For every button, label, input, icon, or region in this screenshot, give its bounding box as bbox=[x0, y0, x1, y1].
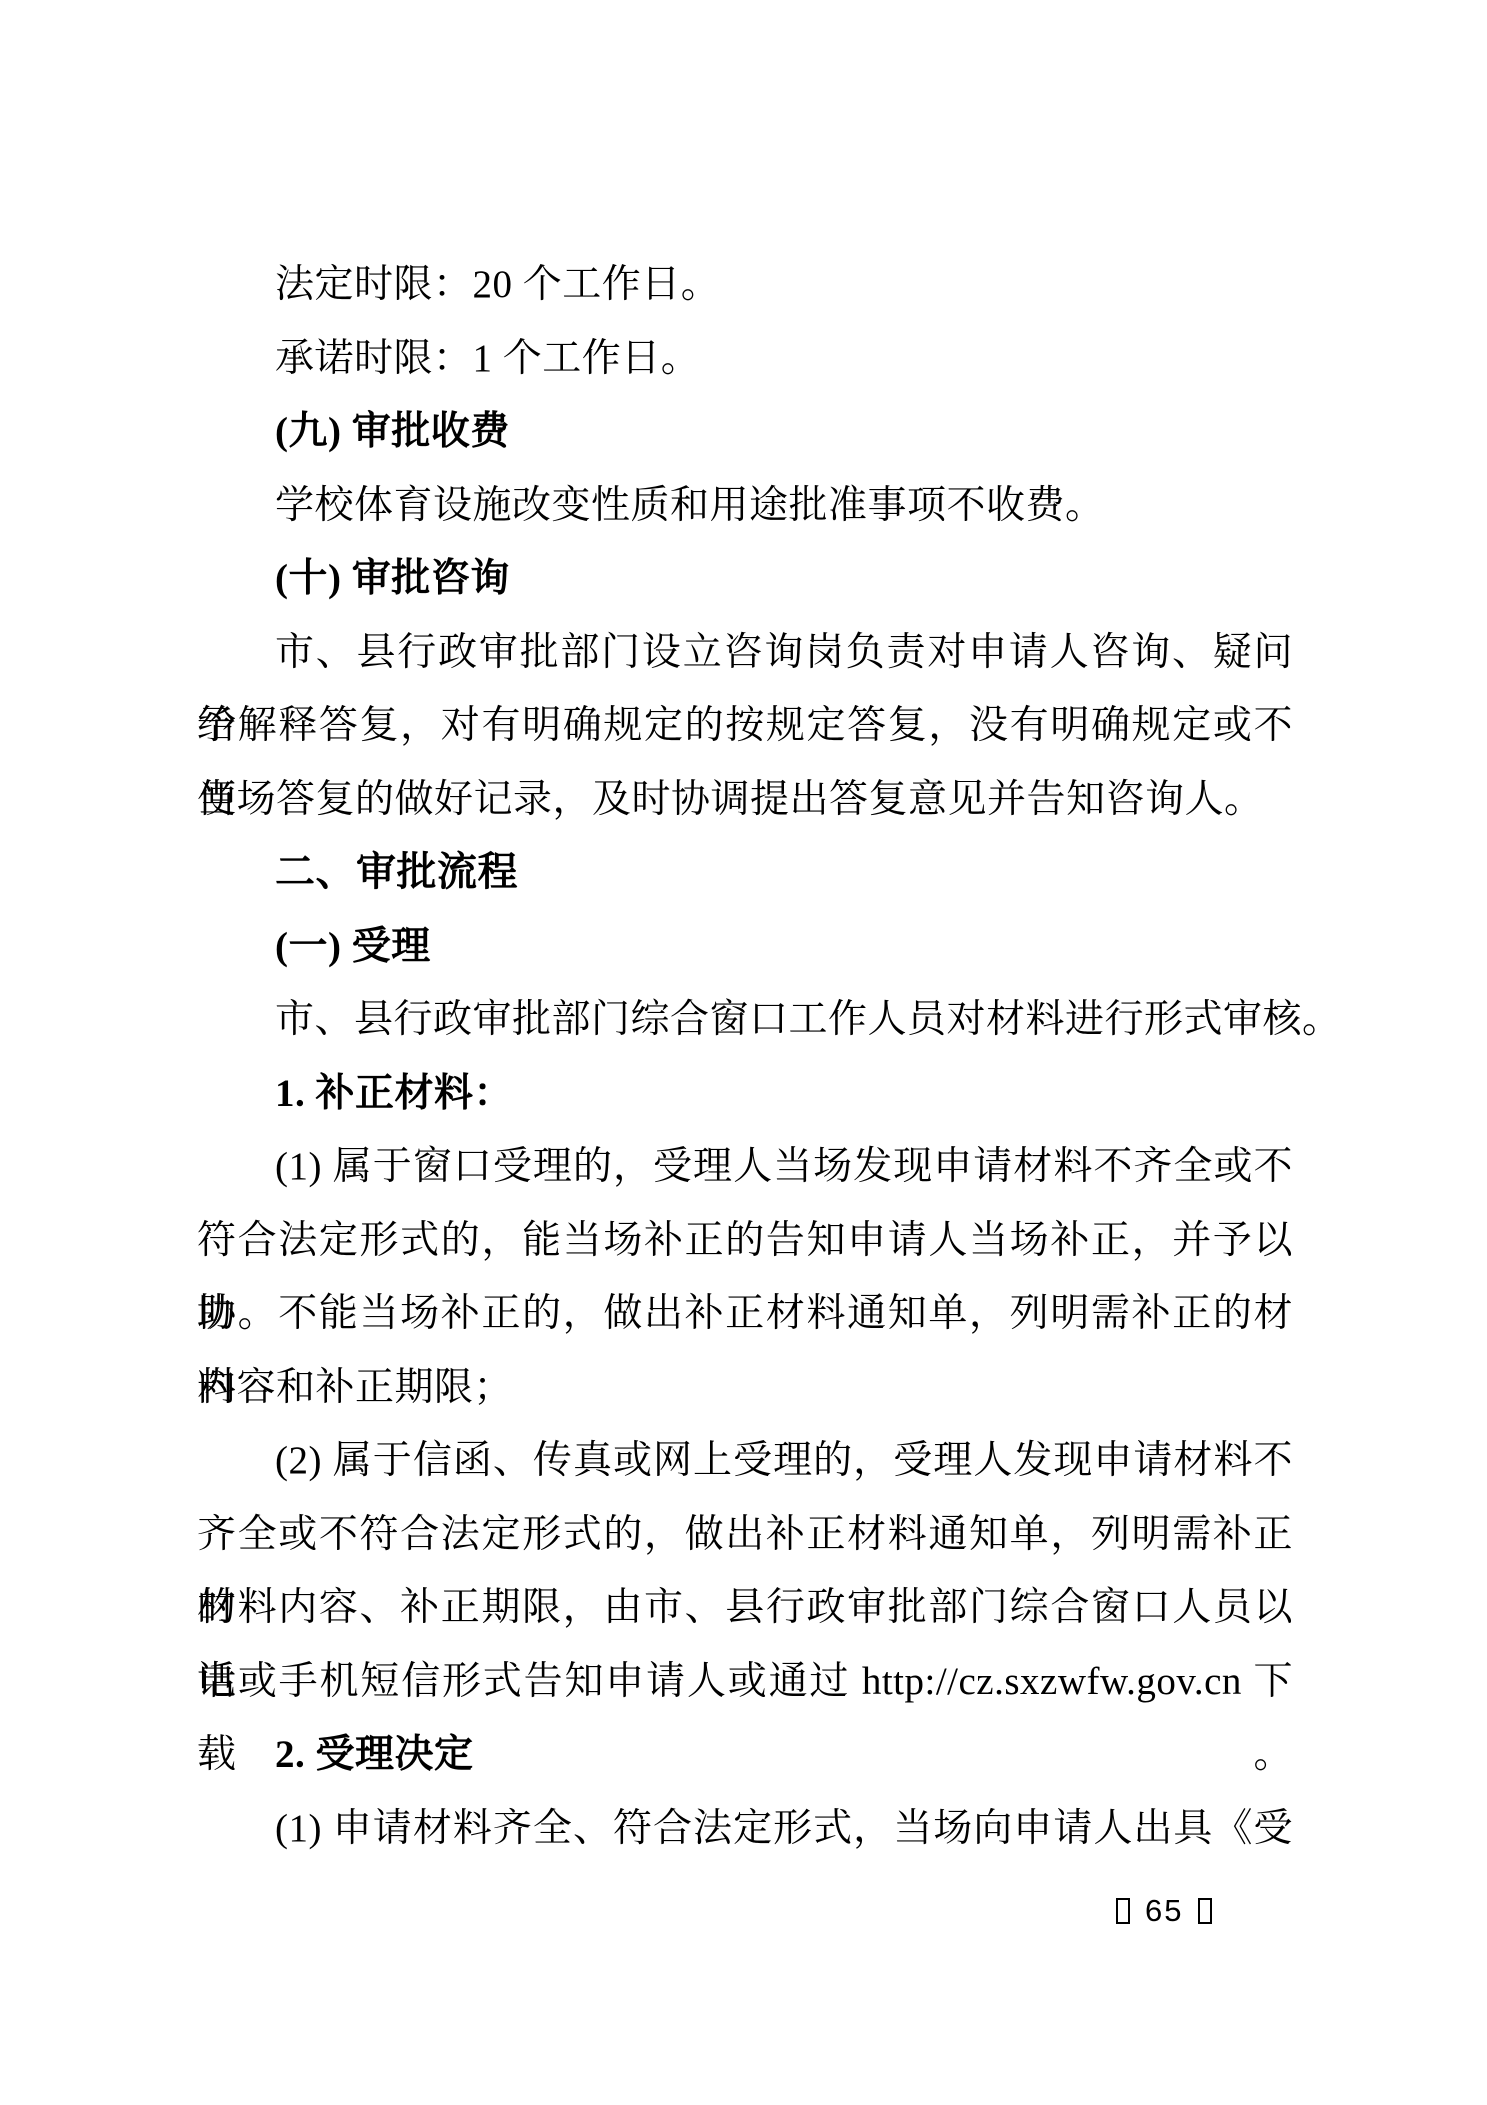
line-window-formal-review: 市、县行政审批部门综合窗口工作人员对材料进行形式审核。 bbox=[197, 983, 1293, 1057]
missing-glyph-box-right bbox=[1198, 1898, 1212, 1924]
document-page: 法定时限：20 个工作日。 承诺时限：1 个工作日。 (九) 审批收费 学校体育… bbox=[0, 0, 1487, 2105]
paragraph-supplement-2-line-2: 齐全或不符合法定形式的，做出补正材料通知单，列明需补正的 bbox=[197, 1498, 1293, 1572]
heading-section-2-approval-process: 二、审批流程 bbox=[197, 836, 1293, 910]
line-promised-time-limit: 承诺时限：1 个工作日。 bbox=[197, 322, 1293, 396]
page-footer: 65 bbox=[1116, 1894, 1212, 1928]
paragraph-consultation-line-1: 市、县行政审批部门设立咨询岗负责对申请人咨询、疑问给 bbox=[197, 616, 1293, 690]
paragraph-consultation-line-2: 予解释答复，对有明确规定的按规定答复，没有明确规定或不便 bbox=[197, 689, 1293, 763]
heading-9-approval-fees: (九) 审批收费 bbox=[197, 395, 1293, 469]
paragraph-acceptance-decision-line-1: (1) 申请材料齐全、符合法定形式，当场向申请人出具《受 bbox=[197, 1792, 1293, 1866]
line-legal-time-limit: 法定时限：20 个工作日。 bbox=[197, 248, 1293, 322]
document-content: 法定时限：20 个工作日。 承诺时限：1 个工作日。 (九) 审批收费 学校体育… bbox=[197, 248, 1293, 1865]
heading-1-acceptance: (一) 受理 bbox=[197, 910, 1293, 984]
page-number: 65 bbox=[1145, 1893, 1183, 1929]
paragraph-supplement-1-line-4: 内容和补正期限； bbox=[197, 1351, 1293, 1425]
paragraph-supplement-1-line-2: 符合法定形式的，能当场补正的告知申请人当场补正，并予以协 bbox=[197, 1204, 1293, 1278]
paragraph-consultation-line-3: 当场答复的做好记录，及时协调提出答复意见并告知咨询人。 bbox=[197, 763, 1293, 837]
paragraph-supplement-2-line-3: 材料内容、补正期限，由市、县行政审批部门综合窗口人员以电 bbox=[197, 1571, 1293, 1645]
heading-10-approval-consultation: (十) 审批咨询 bbox=[197, 542, 1293, 616]
paragraph-supplement-1-line-1: (1) 属于窗口受理的，受理人当场发现申请材料不齐全或不 bbox=[197, 1130, 1293, 1204]
missing-glyph-box-left bbox=[1116, 1898, 1130, 1924]
heading-supplement-materials: 1. 补正材料： bbox=[197, 1057, 1293, 1131]
paragraph-supplement-2-line-4-url: 话或手机短信形式告知申请人或通过 http://cz.sxzwfw.gov.cn… bbox=[197, 1645, 1293, 1719]
paragraph-supplement-1-line-3: 助。不能当场补正的，做出补正材料通知单，列明需补正的材料 bbox=[197, 1277, 1293, 1351]
paragraph-supplement-2-line-1: (2) 属于信函、传真或网上受理的，受理人发现申请材料不 bbox=[197, 1424, 1293, 1498]
line-no-fee-statement: 学校体育设施改变性质和用途批准事项不收费。 bbox=[197, 469, 1293, 543]
